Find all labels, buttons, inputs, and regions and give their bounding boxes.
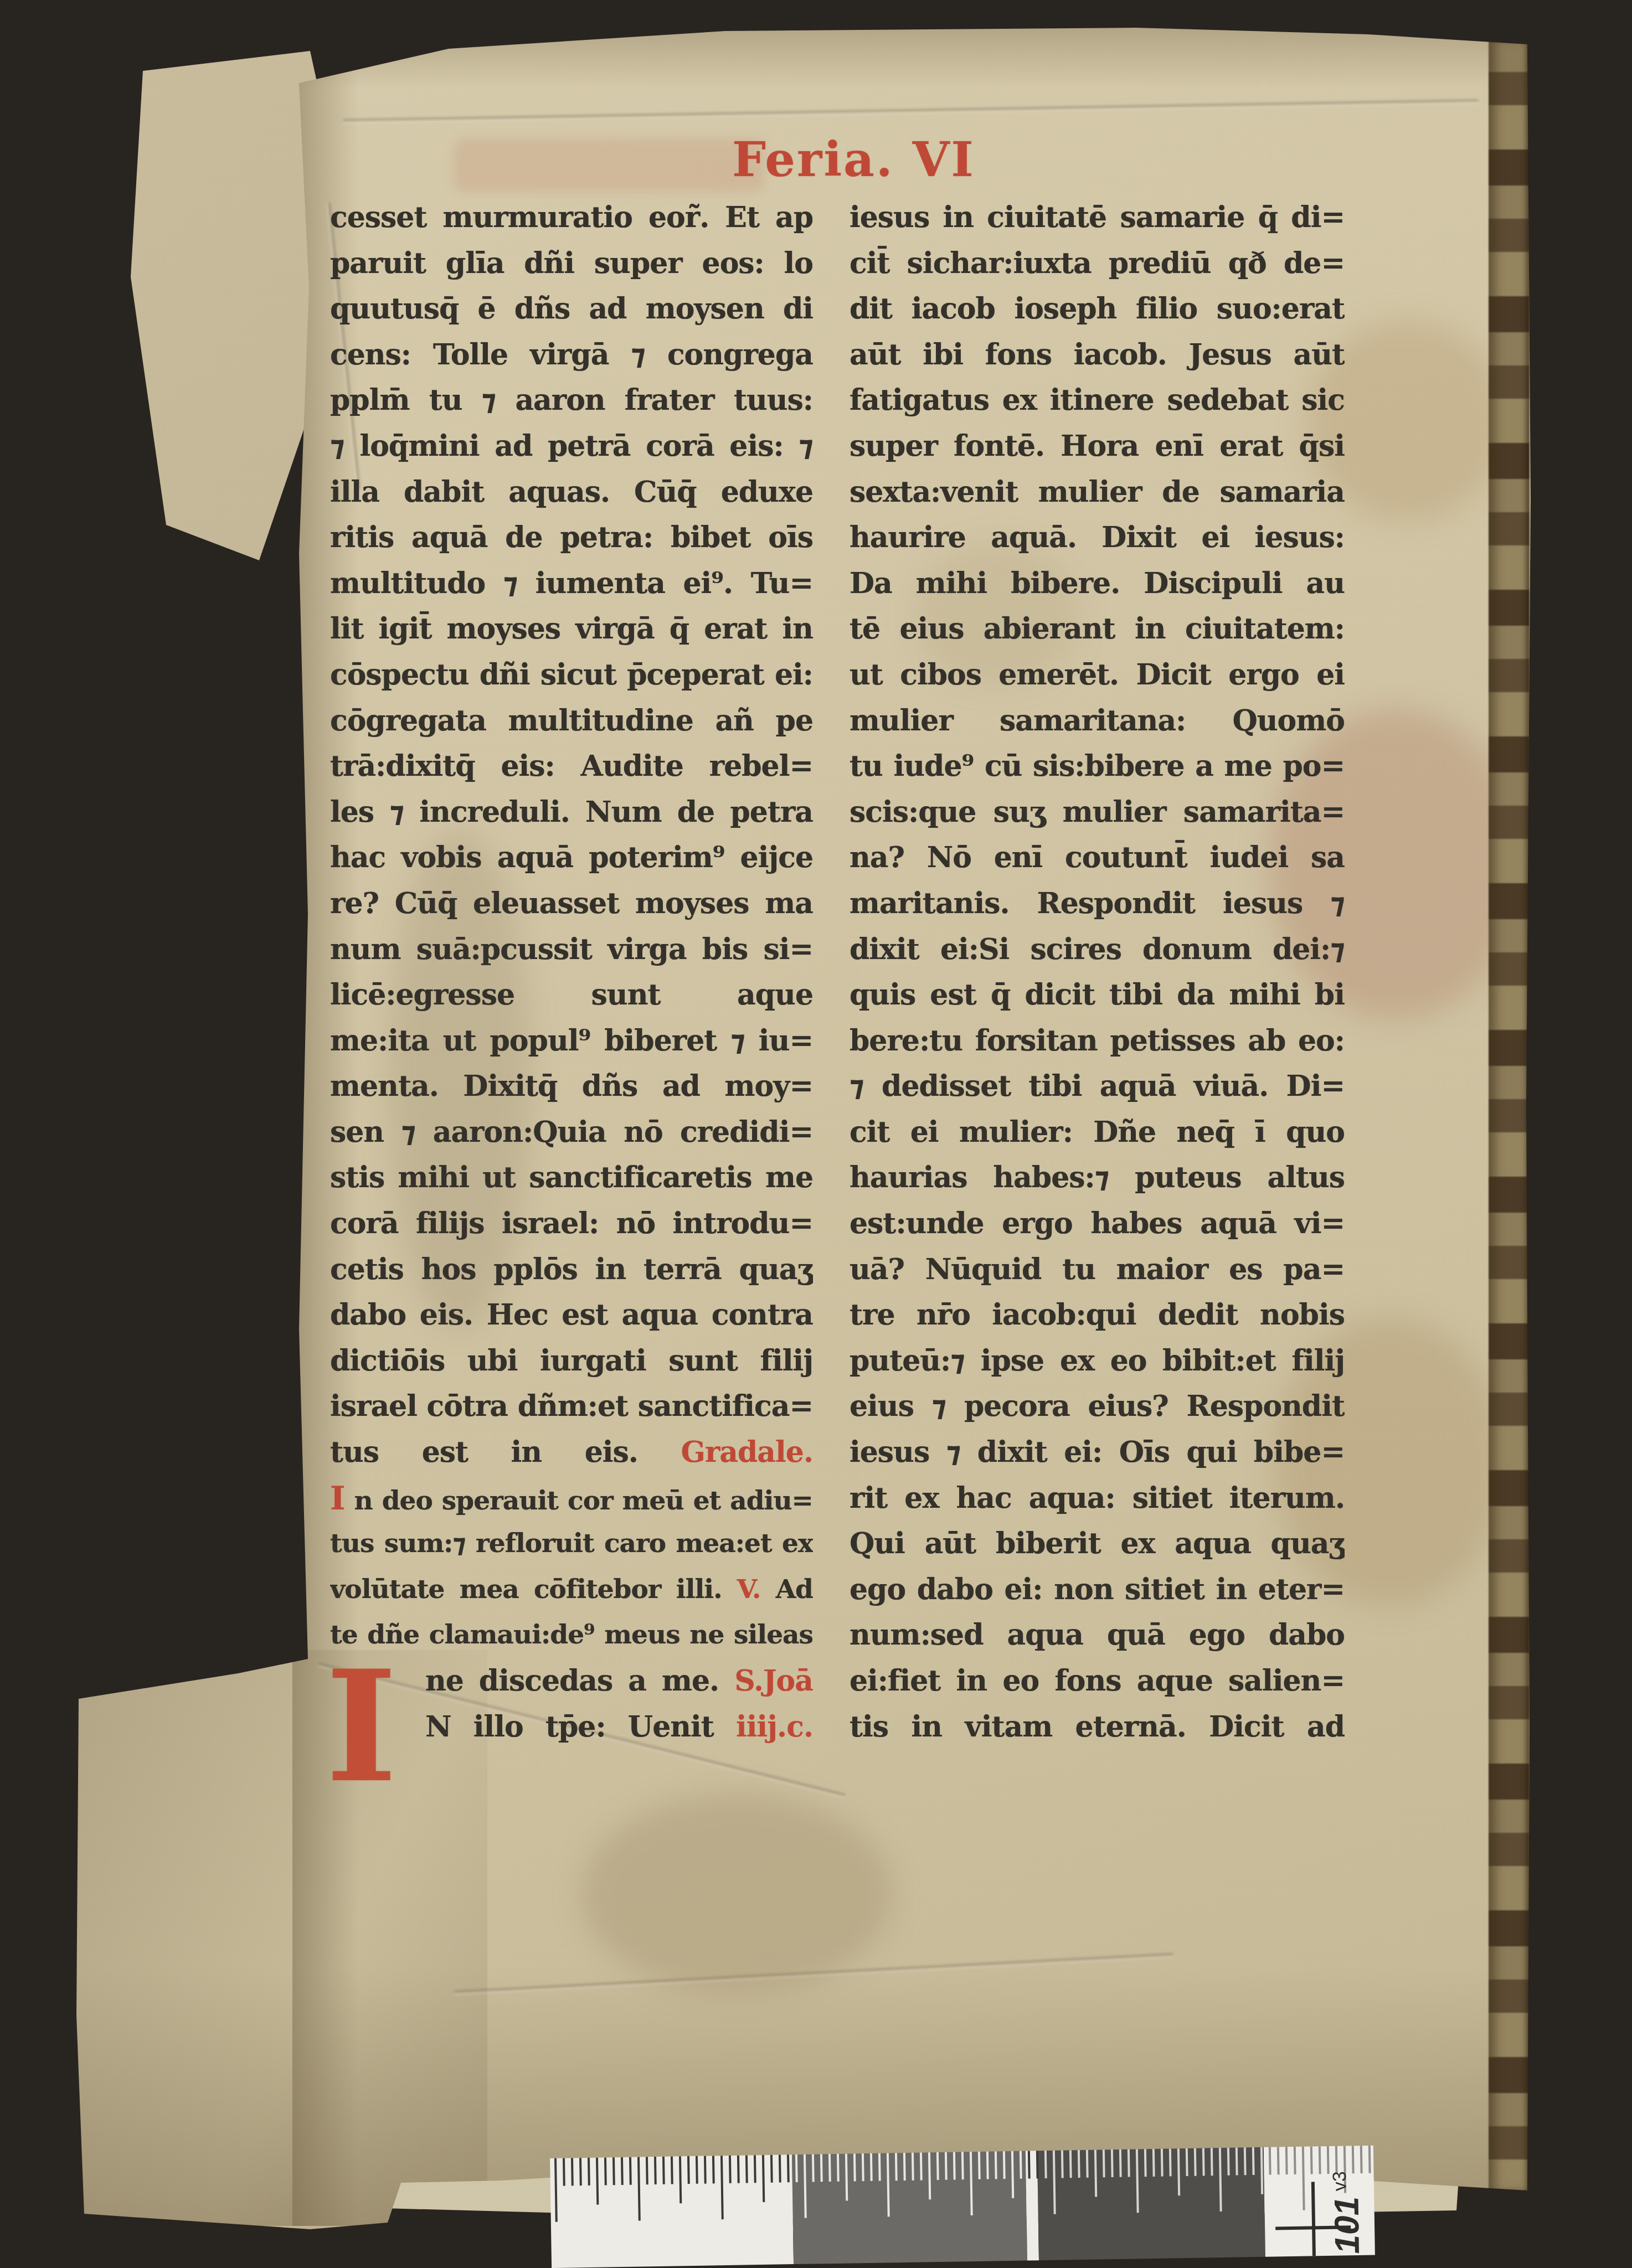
body-text: uā? Nūquid tu maior es pa= xyxy=(850,1252,1345,1286)
text-line: tu iude⁹ cū sis:bibere a me po= xyxy=(850,744,1345,790)
text-line: ritis aquā de petra: bibet oīs xyxy=(330,515,813,561)
ruler-tick xyxy=(1144,2149,1147,2177)
ruler-tick xyxy=(1028,2151,1031,2178)
body-text: cōgregata multitudine añ pe xyxy=(330,704,813,738)
text-line: dit iacob ioseph filio suo:erat xyxy=(850,286,1345,332)
text-line: ego dabo ei: non sitiet in eter= xyxy=(850,1567,1345,1613)
ruler-tick xyxy=(1260,2147,1263,2194)
ruler-tick xyxy=(1003,2151,1006,2179)
text-line: corā filijs israel: nō introdu= xyxy=(330,1201,813,1247)
text-line: cesset murmuratio eor̃. Et ap xyxy=(330,195,813,241)
ruler-tick xyxy=(1119,2150,1122,2177)
ruler-tick xyxy=(654,2157,657,2184)
ruler-tick xyxy=(912,2153,914,2181)
ruler-tick xyxy=(1094,2150,1097,2197)
ruler-tick xyxy=(554,2158,558,2222)
text-line: israel cōtra dñm:et sanctifica= xyxy=(330,1384,813,1430)
ruler-tick xyxy=(1368,2146,1371,2173)
text-line: les ⁊ increduli. Num de petra xyxy=(330,790,813,836)
ruler-tick xyxy=(895,2153,898,2181)
ruler-tick xyxy=(1319,2146,1321,2174)
text-line: super fontē. Hora enī erat q̄si xyxy=(850,424,1345,470)
text-line: dictiōis ubi iurgati sunt filij xyxy=(330,1338,813,1384)
ruler-tick xyxy=(1136,2149,1139,2213)
ruler-tick xyxy=(920,2152,923,2180)
ruler-tick xyxy=(1219,2148,1222,2212)
text-line: est:unde ergo habes aquā vi= xyxy=(850,1201,1345,1247)
ruler-tick xyxy=(1128,2150,1130,2177)
body-text: iesus in ciuitatē samarie q̄ di= xyxy=(850,200,1345,234)
body-text: mulier samaritana: Quomō xyxy=(850,704,1345,738)
text-line: eius ⁊ pecora eius? Respondit xyxy=(850,1384,1345,1430)
text-line: I n deo sperauit cor meū et adiu= xyxy=(330,1476,813,1522)
body-text: Da mihi bibere. Discipuli au xyxy=(850,566,1345,600)
ruler-tick xyxy=(1202,2148,1205,2176)
parchment-crease xyxy=(343,99,1479,124)
ruler-tick xyxy=(712,2156,715,2183)
body-text: scis:que suʒ mulier samarita= xyxy=(850,795,1345,829)
text-line: na? Nō enī coutunt̄ iudei sa xyxy=(850,835,1345,881)
body-text: re? Cūq̄ eleuasset moyses ma xyxy=(330,886,813,920)
text-line: trā:dixitq̄ eis: Audite rebel= xyxy=(330,744,813,790)
ruler-tick xyxy=(1036,2151,1039,2178)
body-text: tis in vitam eternā. Dicit ad xyxy=(850,1710,1345,1744)
body-text: tus sum:⁊ refloruit caro mea:et ex xyxy=(330,1528,813,1559)
ruler-number-label: 101 xyxy=(1327,2197,1367,2255)
text-line: dabo eis. Hec est aqua contra xyxy=(330,1292,813,1338)
ruler-tick xyxy=(579,2158,582,2185)
ruler-tick xyxy=(1061,2150,1064,2178)
ruler-tick xyxy=(853,2153,856,2181)
body-text: quutusq̄ ē dñs ad moysen di xyxy=(330,292,813,326)
ruler-tick xyxy=(1078,2150,1080,2178)
rubric-text: iiij.c. xyxy=(736,1710,813,1744)
body-text: dabo eis. Hec est aqua contra xyxy=(330,1298,813,1332)
ruler-tick xyxy=(1269,2147,1271,2175)
body-text: super fontē. Hora enī erat q̄si xyxy=(850,429,1345,463)
text-line: ut cibos emerēt. Dicit ergo ei xyxy=(850,652,1345,698)
text-line: licē:egresse sunt aque largissi= xyxy=(330,972,813,1018)
ruler-tick xyxy=(970,2152,973,2215)
body-text: pplm̄ tu ⁊ aaron frater tuus: xyxy=(330,383,813,417)
body-text: ne discedas a me. xyxy=(425,1664,719,1698)
ruler-tick xyxy=(1177,2148,1180,2195)
text-line: ei:fiet in eo fons aque salien= xyxy=(850,1658,1345,1704)
body-text: eius ⁊ pecora eius? Respondit xyxy=(850,1389,1345,1423)
body-text: fatigatus ex itinere sedebat sic xyxy=(850,383,1345,417)
ruler-tick xyxy=(621,2157,624,2185)
text-line: hac vobis aquā poterim⁹ eijce xyxy=(330,835,813,881)
text-line: mulier samaritana: Quomō xyxy=(850,698,1345,744)
body-text: te dñe clamaui:de⁹ meus ne sileas xyxy=(330,1620,813,1650)
body-text: ⁊ dedisset tibi aquā viuā. Di= xyxy=(850,1069,1345,1103)
ruler-tick xyxy=(1252,2147,1255,2175)
ruler-tick xyxy=(704,2156,707,2184)
body-text: iesus ⁊ dixit ei: Oīs qui bibe= xyxy=(850,1435,1345,1469)
ruler-tick xyxy=(1352,2146,1355,2173)
text-line: stis mihi ut sanctificaretis me xyxy=(330,1155,813,1201)
ruler-tick xyxy=(995,2151,997,2179)
ruler-tick xyxy=(804,2154,807,2218)
scan-background: Feria. VI cesset murmuratio eor̃. Et app… xyxy=(0,0,1632,2268)
text-line: bere:tu forsitan petisses ab eo: xyxy=(850,1018,1345,1064)
body-text: licē:egresse sunt aque largissi= xyxy=(330,978,813,1018)
body-text: cens: Tolle virgā ⁊ congrega xyxy=(330,338,813,372)
text-line: rit ex hac aqua: sitiet iterum. xyxy=(850,1476,1345,1522)
body-text: Ad xyxy=(776,1574,813,1605)
text-line: haurias habes:⁊ puteus altus xyxy=(850,1155,1345,1201)
ruler-tick xyxy=(737,2156,740,2183)
text-line: cens: Tolle virgā ⁊ congrega xyxy=(330,332,813,378)
ruler-tick xyxy=(837,2154,840,2182)
ruler-tick xyxy=(795,2154,798,2182)
ruler-tick xyxy=(936,2152,939,2180)
ruler-tick xyxy=(1011,2151,1014,2198)
ruler-tick xyxy=(770,2155,773,2183)
ruler-tick xyxy=(762,2155,765,2202)
text-line: multitudo ⁊ iumenta ei⁹. Tu= xyxy=(330,561,813,607)
ruler-tick xyxy=(588,2158,590,2185)
ruler-tick xyxy=(696,2156,698,2184)
ruler-tick xyxy=(862,2153,864,2181)
text-line: cetis hos pplōs in terrā quaʒ xyxy=(330,1247,813,1293)
text-line: iesus ⁊ dixit ei: Oīs qui bibe= xyxy=(850,1430,1345,1476)
ruler-tick xyxy=(612,2157,615,2185)
text-column-left: cesset murmuratio eor̃. Et apparuit glīa… xyxy=(330,195,813,1750)
ruler-tick xyxy=(1310,2146,1313,2174)
text-line: num:sed aqua quā ego dabo xyxy=(850,1612,1345,1658)
text-line: tus sum:⁊ refloruit caro mea:et ex xyxy=(330,1521,813,1567)
rubric-initial: I xyxy=(326,1668,420,1790)
text-line: fatigatus ex itinere sedebat sic xyxy=(850,378,1345,424)
text-line: ⁊ loq̄mini ad petrā corā eis: ⁊ xyxy=(330,424,813,470)
ruler-tick xyxy=(1335,2146,1338,2174)
ruler-tick xyxy=(1277,2147,1280,2174)
body-text: sen ⁊ aaron:Quia nō credidi= xyxy=(330,1115,813,1149)
ruler-tick xyxy=(596,2158,599,2205)
body-text: cit ei mulier: Dñe neq̄ ī quo xyxy=(850,1115,1345,1149)
body-text: ei:fiet in eo fons aque salien= xyxy=(850,1664,1345,1698)
text-column-right: iesus in ciuitatē samarie q̄ di=cit̄ sic… xyxy=(850,195,1345,1750)
text-line: cit̄ sichar:iuxta prediū qð de= xyxy=(850,241,1345,287)
ruler-tick xyxy=(1244,2147,1247,2175)
ruler-version-label: v3 xyxy=(1329,2171,1351,2192)
ruler-tick xyxy=(1302,2147,1305,2210)
body-text: corā filijs israel: nō introdu= xyxy=(330,1207,813,1240)
body-text: num:sed aqua quā ego dabo xyxy=(850,1618,1345,1652)
ruler-tick xyxy=(1020,2151,1022,2179)
rubric-text: V. xyxy=(737,1574,761,1605)
body-text: les ⁊ increduli. Num de petra xyxy=(330,795,813,829)
parchment-stain xyxy=(581,1794,892,1993)
text-line: iesus in ciuitatē samarie q̄ di= xyxy=(850,195,1345,241)
body-text: tus est in eis. xyxy=(330,1435,638,1469)
ruler-tick xyxy=(729,2156,732,2183)
ruler-tick xyxy=(1285,2147,1288,2174)
text-line: maritanis. Respondit iesus ⁊ xyxy=(850,881,1345,927)
body-text: menta. Dixitq̄ dñs ad moy= xyxy=(330,1069,813,1103)
body-text: quis est q̄ dicit tibi da mihi bi xyxy=(850,978,1345,1012)
text-line: scis:que suʒ mulier samarita= xyxy=(850,790,1345,836)
ruler-tick xyxy=(787,2154,790,2182)
text-line: re? Cūq̄ eleuasset moyses ma xyxy=(330,881,813,927)
text-line: tus est in eis. Gradale. xyxy=(330,1430,813,1476)
text-line: aūt ibi fons iacob. Jesus aūt xyxy=(850,332,1345,378)
body-text: puteū:⁊ ipse ex eo bibit:et filij xyxy=(850,1344,1345,1378)
text-line: sen ⁊ aaron:Quia nō credidi= xyxy=(330,1110,813,1156)
ruler-tick xyxy=(953,2152,956,2180)
ruler-tick xyxy=(870,2153,873,2181)
ruler-tick xyxy=(1044,2151,1047,2178)
body-text: lit igit̄ moyses virgā q̄ erat in xyxy=(330,612,813,646)
ruler-tick xyxy=(662,2157,665,2184)
ruler-tick xyxy=(878,2153,881,2181)
body-text: dit iacob ioseph filio suo:erat xyxy=(850,292,1345,326)
text-line: paruit glīa dñi super eos: lo xyxy=(330,241,813,287)
text-line: pplm̄ tu ⁊ aaron frater tuus: xyxy=(330,378,813,424)
ruler-tick xyxy=(1111,2150,1114,2177)
text-line: dixit ei:Si scires donum dei:⁊ xyxy=(850,927,1345,973)
scale-ruler: 101 v3 xyxy=(550,2146,1375,2268)
body-text: haurias habes:⁊ puteus altus xyxy=(850,1161,1345,1194)
body-text: aūt ibi fons iacob. Jesus aūt xyxy=(850,338,1345,372)
ruler-tick xyxy=(1211,2148,1213,2176)
ruler-tick xyxy=(646,2157,648,2184)
body-text: cōspectu dñi sicut p̄ceperat ei: xyxy=(330,658,813,692)
ruler-tick xyxy=(779,2154,781,2182)
text-line: tē eius abierant in ciuitatem: xyxy=(850,606,1345,652)
text-line: me:ita ut popul⁹ biberet ⁊ iu= xyxy=(330,1018,813,1064)
body-text: rit ex hac aqua: sitiet iterum. xyxy=(850,1481,1345,1515)
text-line: sexta:venit mulier de samaria xyxy=(850,470,1345,516)
text-line: menta. Dixitq̄ dñs ad moy= xyxy=(330,1064,813,1110)
ruler-tick xyxy=(1053,2151,1056,2214)
ruler-tick xyxy=(563,2158,565,2186)
body-text: maritanis. Respondit iesus ⁊ xyxy=(850,886,1345,920)
body-text: cit̄ sichar:iuxta prediū qð de= xyxy=(850,246,1345,280)
rubric-offset-ghost xyxy=(454,138,764,192)
body-text: israel cōtra dñm:et sanctifica= xyxy=(330,1389,813,1423)
body-text: n deo sperauit cor meū et adiu= xyxy=(354,1486,813,1516)
text-line: volūtate mea cōfitebor illi. V. Ad xyxy=(330,1567,813,1613)
body-text: dixit ei:Si scires donum dei:⁊ xyxy=(850,932,1345,966)
body-text: sexta:venit mulier de samaria xyxy=(850,475,1345,509)
body-text: N illo tp̄e: Uenit xyxy=(425,1710,714,1744)
text-line: Da mihi bibere. Discipuli au xyxy=(850,561,1345,607)
body-text: est:unde ergo habes aquā vi= xyxy=(850,1207,1345,1240)
ruler-tick xyxy=(754,2155,756,2183)
body-text: tre nr̄o iacob:qui dedit nobis xyxy=(850,1298,1345,1332)
text-line: illa dabit aquas. Cūq̄ eduxe xyxy=(330,470,813,516)
body-text: ego dabo ei: non sitiet in eter= xyxy=(850,1573,1345,1606)
rubric-text: Gradale. xyxy=(681,1435,814,1469)
page-heading: Feria. VI xyxy=(732,132,975,188)
body-text: ritis aquā de petra: bibet oīs xyxy=(330,520,813,554)
ruler-tick-scale xyxy=(550,2146,1375,2268)
body-text: ⁊ loq̄mini ad petrā corā eis: ⁊ xyxy=(330,429,813,463)
text-line: num suā:pcussit virga bis si= xyxy=(330,927,813,973)
ruler-tick xyxy=(820,2154,823,2182)
ruler-tick xyxy=(945,2152,948,2180)
ruler-tick xyxy=(1103,2150,1105,2177)
rubric-text: S.Joā xyxy=(734,1664,813,1698)
ruler-tick xyxy=(720,2156,724,2219)
ruler-tick xyxy=(687,2156,690,2184)
text-line: cōspectu dñi sicut p̄ceperat ei: xyxy=(330,652,813,698)
leaf-top-edge-shading xyxy=(288,22,1534,89)
binding-gutter xyxy=(1489,39,1530,2193)
ruler-tick xyxy=(845,2154,848,2201)
ruler-tick xyxy=(1227,2148,1230,2176)
text-line: tre nr̄o iacob:qui dedit nobis xyxy=(850,1292,1345,1338)
ruler-tick xyxy=(928,2152,931,2199)
body-text: hac vobis aquā poterim⁹ eijce xyxy=(330,841,813,874)
body-text: na? Nō enī coutunt̄ iudei sa xyxy=(850,841,1345,874)
ruler-tick xyxy=(1169,2148,1172,2176)
ruler-tick xyxy=(1186,2148,1188,2176)
body-text: num suā:pcussit virga bis si= xyxy=(330,932,813,966)
ruler-tick xyxy=(745,2155,748,2183)
body-text: illa dabit aquas. Cūq̄ eduxe xyxy=(330,475,813,509)
ruler-tick xyxy=(887,2153,890,2217)
ruler-tick xyxy=(978,2152,981,2179)
body-text: tu iude⁹ cū sis:bibere a me po= xyxy=(850,749,1345,783)
text-line: ⁊ dedisset tibi aquā viuā. Di= xyxy=(850,1064,1345,1110)
text-line: Qui aūt biberit ex aqua quaʒ xyxy=(850,1521,1345,1567)
ruler-tick xyxy=(961,2152,964,2179)
text-line: uā? Nūquid tu maior es pa= xyxy=(850,1247,1345,1293)
text-line: cit ei mulier: Dñe neq̄ ī quo xyxy=(850,1110,1345,1156)
text-line: haurire aquā. Dixit ei iesus: xyxy=(850,515,1345,561)
body-text: bere:tu forsitan petisses ab eo: xyxy=(850,1024,1345,1058)
ruler-tick xyxy=(986,2152,989,2179)
ruler-tick xyxy=(1235,2147,1238,2175)
ruler-tick xyxy=(1086,2150,1089,2178)
ruler-tick xyxy=(1360,2146,1363,2173)
body-text: me:ita ut popul⁹ biberet ⁊ iu= xyxy=(330,1024,813,1058)
body-text: ut cibos emerēt. Dicit ergo ei xyxy=(850,658,1345,692)
ruler-tick xyxy=(671,2157,673,2184)
ruler-tick xyxy=(903,2153,906,2181)
ruler-tick xyxy=(1152,2149,1155,2177)
text-line: puteū:⁊ ipse ex eo bibit:et filij xyxy=(850,1338,1345,1384)
ruler-tick xyxy=(828,2154,831,2182)
body-text: haurire aquā. Dixit ei iesus: xyxy=(850,520,1345,554)
body-text: Qui aūt biberit ex aqua quaʒ xyxy=(850,1527,1345,1560)
text-line: tis in vitam eternā. Dicit ad xyxy=(850,1704,1345,1750)
ruler-tick xyxy=(1069,2150,1072,2178)
body-text: stis mihi ut sanctificaretis me xyxy=(330,1161,813,1194)
body-text: paruit glīa dñi super eos: lo xyxy=(330,246,813,280)
ruler-tick xyxy=(1194,2148,1197,2176)
ruler-tick xyxy=(812,2154,815,2182)
ruler-tick xyxy=(1161,2149,1163,2177)
ruler-tick xyxy=(629,2157,632,2185)
body-text: multitudo ⁊ iumenta ei⁹. Tu= xyxy=(330,566,813,600)
body-text: volūtate mea cōfitebor illi. xyxy=(330,1574,722,1605)
ruler-tick xyxy=(1327,2146,1330,2174)
body-text: cesset murmuratio eor̃. Et ap xyxy=(330,200,813,234)
rubric-text: I xyxy=(330,1479,344,1517)
body-text: trā:dixitq̄ eis: Audite rebel= xyxy=(330,749,813,783)
body-text: tē eius abierant in ciuitatem: xyxy=(850,612,1345,646)
ruler-tick xyxy=(571,2158,574,2185)
ruler-tick xyxy=(1294,2147,1296,2174)
body-text: dictiōis ubi iurgati sunt filij xyxy=(330,1344,813,1378)
ruler-tick xyxy=(679,2156,682,2203)
text-line: cōgregata multitudine añ pe xyxy=(330,698,813,744)
text-line: lit igit̄ moyses virgā q̄ erat in xyxy=(330,606,813,652)
ruler-tick xyxy=(604,2157,607,2185)
text-line: quis est q̄ dicit tibi da mihi bi xyxy=(850,972,1345,1018)
text-line: te dñe clamaui:de⁹ meus ne sileas xyxy=(330,1612,813,1658)
body-text: cetis hos pplōs in terrā quaʒ xyxy=(330,1252,813,1286)
ruler-tick xyxy=(637,2157,641,2220)
text-line: quutusq̄ ē dñs ad moysen di xyxy=(330,286,813,332)
